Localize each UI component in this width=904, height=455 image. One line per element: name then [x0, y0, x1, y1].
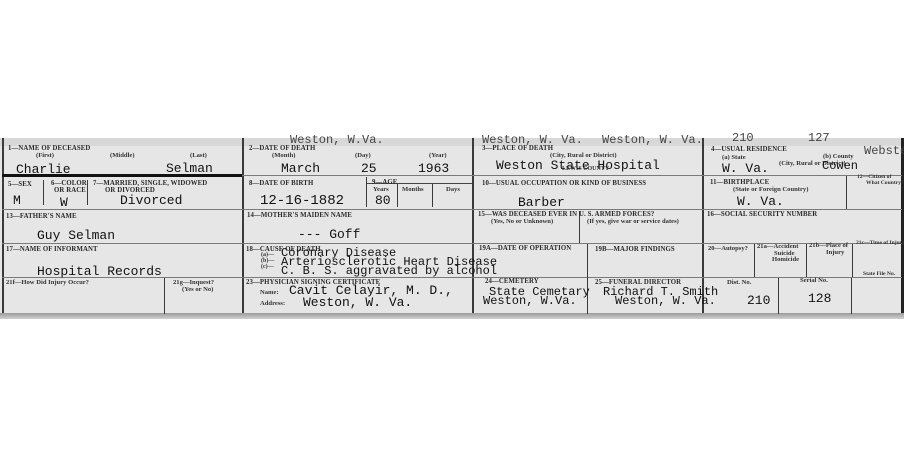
marital-label: 7—MARRIED, SINGLE, WIDOWED	[93, 180, 207, 187]
divider-sex	[43, 180, 44, 205]
prev-dist: 210	[732, 132, 754, 145]
ssn-label: 16—SOCIAL SECURITY NUMBER	[707, 211, 817, 218]
physician-name-label: Name:	[260, 289, 279, 296]
inquest-label: 21g—Inquest?	[173, 279, 214, 286]
armed-sub-1: (Yes, No or Unknown)	[491, 218, 553, 225]
row-line-2	[2, 209, 902, 210]
cemetery-label: 24—CEMETERY	[485, 278, 539, 285]
last-name: Selman	[166, 162, 213, 175]
injury-how-label: 21f—How Did Injury Occur?	[6, 279, 89, 286]
divider-time-injury	[852, 244, 853, 277]
armed-forces-label: 15—WAS DECEASED EVER IN U. S. ARMED FORC…	[478, 211, 654, 218]
bottom-edge	[0, 313, 904, 319]
sex-label: 5—Sex	[8, 181, 32, 188]
dob-label: 8—DATE OF BIRTH	[249, 180, 313, 187]
injury-time-label: 21c—Time of Injury	[856, 240, 904, 247]
name-label: 1—NAME OF DECEASED	[8, 145, 90, 152]
col-divider-2	[472, 138, 474, 316]
col-divider-1	[242, 138, 244, 316]
accident-label: 21a—Accident	[757, 243, 798, 250]
informant-label: 17—NAME OF INFORMANT	[6, 246, 98, 253]
place-label: 3—PLACE OF DEATH	[482, 145, 553, 152]
first-label: (First)	[36, 152, 54, 159]
dist-label: Dist. No.	[727, 279, 751, 286]
divider-color	[87, 180, 88, 205]
father-name: Guy Selman	[37, 229, 115, 242]
accident-label-3: Homicide	[772, 256, 799, 263]
cause-c-label: (c)—	[261, 264, 274, 271]
divider-inquest	[164, 278, 165, 314]
divider-statefile	[851, 278, 852, 314]
color-label: 6—Color	[51, 180, 87, 187]
last-label: (Last)	[190, 152, 207, 159]
occupation-label: 10—USUAL OCCUPATION OR KIND OF BUSINESS	[482, 180, 646, 187]
divider-findings	[587, 244, 588, 314]
day-label: (Day)	[355, 152, 371, 159]
place-county: LEWIS COUNTY	[562, 166, 609, 173]
years-label: Years	[373, 186, 389, 193]
mother-label: 14—MOTHER'S MAIDEN NAME	[247, 212, 352, 219]
divider-place-injury	[806, 244, 807, 277]
citizen-label-2: What Country?	[866, 180, 904, 187]
injury-place-label: 21b—Place of	[809, 242, 848, 249]
occupation: Barber	[518, 196, 565, 209]
marital-status: Divorced	[120, 194, 182, 207]
middle-label: (Middle)	[110, 152, 135, 159]
age-label: 9—AGE	[372, 179, 397, 186]
divider-years	[397, 184, 398, 207]
autopsy-label: 20—Autopsy?	[708, 245, 748, 252]
month-label: (Month)	[272, 152, 295, 159]
death-year: 1963	[418, 162, 449, 175]
physician-address-label: Address:	[260, 300, 285, 307]
divider-accident	[754, 244, 755, 277]
prev-serial: 127	[808, 132, 830, 145]
previous-record-strip	[0, 138, 904, 146]
inquest-sub: (Yes or No)	[182, 286, 213, 293]
serial-number: 128	[808, 292, 831, 305]
state-file-label: State File No.	[863, 271, 895, 278]
divider-months	[432, 184, 433, 207]
color: W	[60, 196, 68, 209]
physician-address: Weston, W. Va.	[303, 296, 412, 309]
year-label: (Year)	[429, 152, 447, 159]
death-day: 25	[361, 162, 377, 175]
findings-label: 19b—MAJOR FINDINGS	[595, 246, 675, 253]
injury-place-label-2: Injury	[826, 249, 844, 256]
birthplace-label: 11—BIRTHPLACE	[710, 179, 769, 186]
mother-maiden-name: --- Goff	[298, 228, 360, 241]
residence-state: W. Va.	[722, 162, 769, 175]
birthplace: W. Va.	[737, 195, 784, 208]
prev-funeral: Weston, W. Va.	[602, 134, 703, 147]
age-years: 80	[375, 194, 391, 207]
sex: M	[13, 194, 21, 207]
cemetery-city: Weston, W.Va.	[483, 295, 577, 308]
days-label: Days	[446, 186, 460, 193]
funeral-city: Weston, W. Va.	[615, 295, 716, 308]
serial-label: Serial No.	[800, 277, 828, 284]
first-name: Charlie	[16, 163, 71, 176]
birthplace-sub: (State or Foreign Country)	[733, 186, 808, 193]
divider-serial	[778, 278, 779, 314]
state-label: (a) State	[722, 154, 746, 161]
cause-c: C. B. S. aggravated by alcohol	[281, 266, 497, 277]
border-left	[2, 138, 4, 316]
death-date-label: 2—DATE OF DEATH	[249, 145, 315, 152]
armed-sub-2: (If yes, give war or service dates)	[587, 218, 679, 225]
residence-county: Cowen	[822, 160, 858, 173]
informant: Hospital Records	[37, 265, 162, 278]
residence-label: 4—USUAL RESIDENCE	[711, 146, 787, 153]
border-right	[901, 138, 904, 316]
residence-county-alt: Webster	[864, 145, 904, 158]
operation-label: 19a—DATE OF OPERATION	[479, 245, 571, 252]
father-label: 13—FATHER'S NAME	[6, 213, 77, 220]
death-month: March	[281, 162, 320, 175]
months-label: Months	[402, 186, 424, 193]
date-of-birth: 12-16-1882	[260, 195, 344, 208]
dist-number: 210	[747, 294, 770, 307]
color-label-2: or race	[54, 187, 86, 194]
divider-age	[366, 177, 367, 207]
row-line-1	[242, 175, 902, 176]
divider-citizen	[846, 176, 847, 209]
